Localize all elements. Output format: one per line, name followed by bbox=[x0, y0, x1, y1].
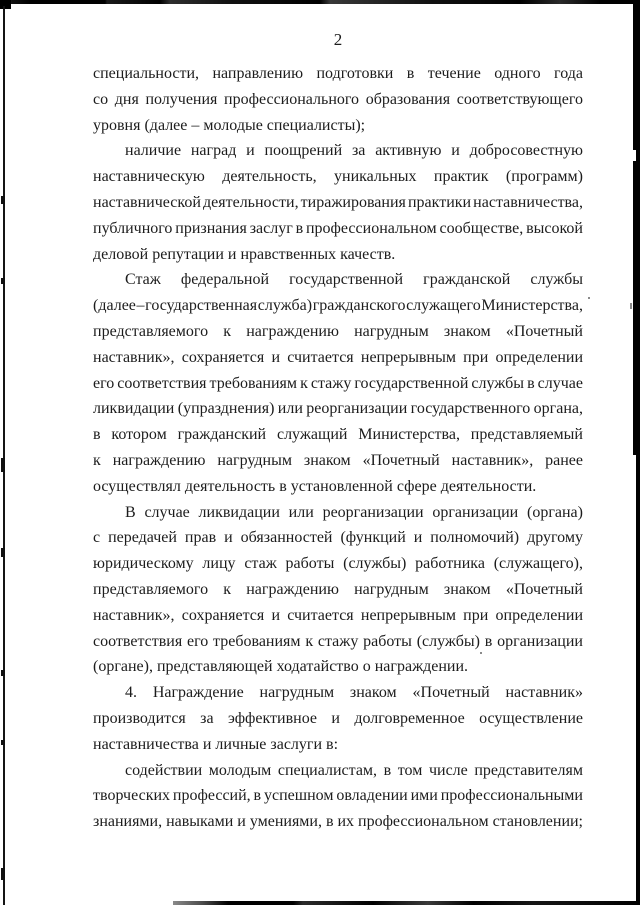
scan-speck bbox=[630, 303, 632, 309]
text-line: его соответствия требованиям к стажу гос… bbox=[93, 371, 583, 397]
scan-left-mark bbox=[1, 868, 5, 880]
scan-speck bbox=[588, 297, 590, 299]
text-line: уровня (далее – молодые специалисты); bbox=[93, 113, 583, 139]
text-line: наставнической деятельности, тиражирован… bbox=[93, 190, 583, 216]
text-line: 4. Награждение нагрудным знаком «Почетны… bbox=[93, 680, 583, 706]
text-line: представляемого к награждению нагрудным … bbox=[93, 577, 583, 603]
text-line: (органе), представляющей ходатайство о н… bbox=[93, 654, 583, 680]
scan-left-mark bbox=[1, 670, 5, 676]
text-line: осуществлял деятельность в установленной… bbox=[93, 474, 583, 500]
text-line: знаниями, навыками и умениями, в их проф… bbox=[93, 809, 583, 835]
text-line: ликвидации (упразднения) или реорганизац… bbox=[93, 396, 583, 422]
text-line: с передачей прав и обязанностей (функций… bbox=[93, 525, 583, 551]
scan-right-edge-line bbox=[636, 455, 640, 905]
scan-left-mark bbox=[1, 740, 5, 745]
text-line: соответствия его требованиям к стажу раб… bbox=[93, 629, 583, 655]
scan-right-edge-notch bbox=[633, 150, 636, 161]
text-line: наставническую деятельность, уникальных … bbox=[93, 164, 583, 190]
scan-left-mark bbox=[1, 196, 5, 204]
text-line: содействии молодым специалистам, в том ч… bbox=[93, 758, 583, 784]
text-line: (далее – государственная служба) граждан… bbox=[93, 293, 583, 319]
scan-left-mark bbox=[1, 278, 5, 284]
text-line: наличие наград и поощрений за активную и… bbox=[93, 138, 583, 164]
scanned-document-page: 2 специальности, направлению подготовки … bbox=[0, 0, 640, 905]
text-line: деловой репутации и нравственных качеств… bbox=[93, 242, 583, 268]
text-line: В случае ликвидации или реорганизации ор… bbox=[93, 500, 583, 526]
page-number: 2 bbox=[93, 30, 583, 50]
text-line: наставник», сохраняется и считается непр… bbox=[93, 345, 583, 371]
scan-top-edge bbox=[0, 0, 640, 4]
text-line: юридическому лицу стаж работы (службы) р… bbox=[93, 551, 583, 577]
scan-right-edge-bar bbox=[633, 0, 640, 455]
text-line: к награждению нагрудным знаком «Почетный… bbox=[93, 448, 583, 474]
text-line: производится за эффективное и долговреме… bbox=[93, 706, 583, 732]
text-line: специальности, направлению подготовки в … bbox=[93, 61, 583, 87]
text-line: со дня получения профессионального образ… bbox=[93, 87, 583, 113]
text-line: представляемого к награждению нагрудным … bbox=[93, 319, 583, 345]
text-line: наставник», сохраняется и считается непр… bbox=[93, 603, 583, 629]
text-line: Стаж федеральной государственной граждан… bbox=[93, 267, 583, 293]
text-line: в котором гражданский служащий Министерс… bbox=[93, 422, 583, 448]
text-line: наставничества и личные заслуги в: bbox=[93, 732, 583, 758]
scan-left-mark bbox=[1, 548, 5, 557]
scan-left-mark bbox=[1, 458, 5, 472]
text-line: творческих профессий, в успешном овладен… bbox=[93, 783, 583, 809]
text-line: публичного признания заслуг в профессион… bbox=[93, 216, 583, 242]
scan-left-edge-line bbox=[3, 6, 5, 905]
scan-top-left-corner bbox=[0, 0, 11, 9]
scan-bottom-edge bbox=[173, 901, 640, 905]
document-text: специальности, направлению подготовки в … bbox=[93, 61, 583, 835]
